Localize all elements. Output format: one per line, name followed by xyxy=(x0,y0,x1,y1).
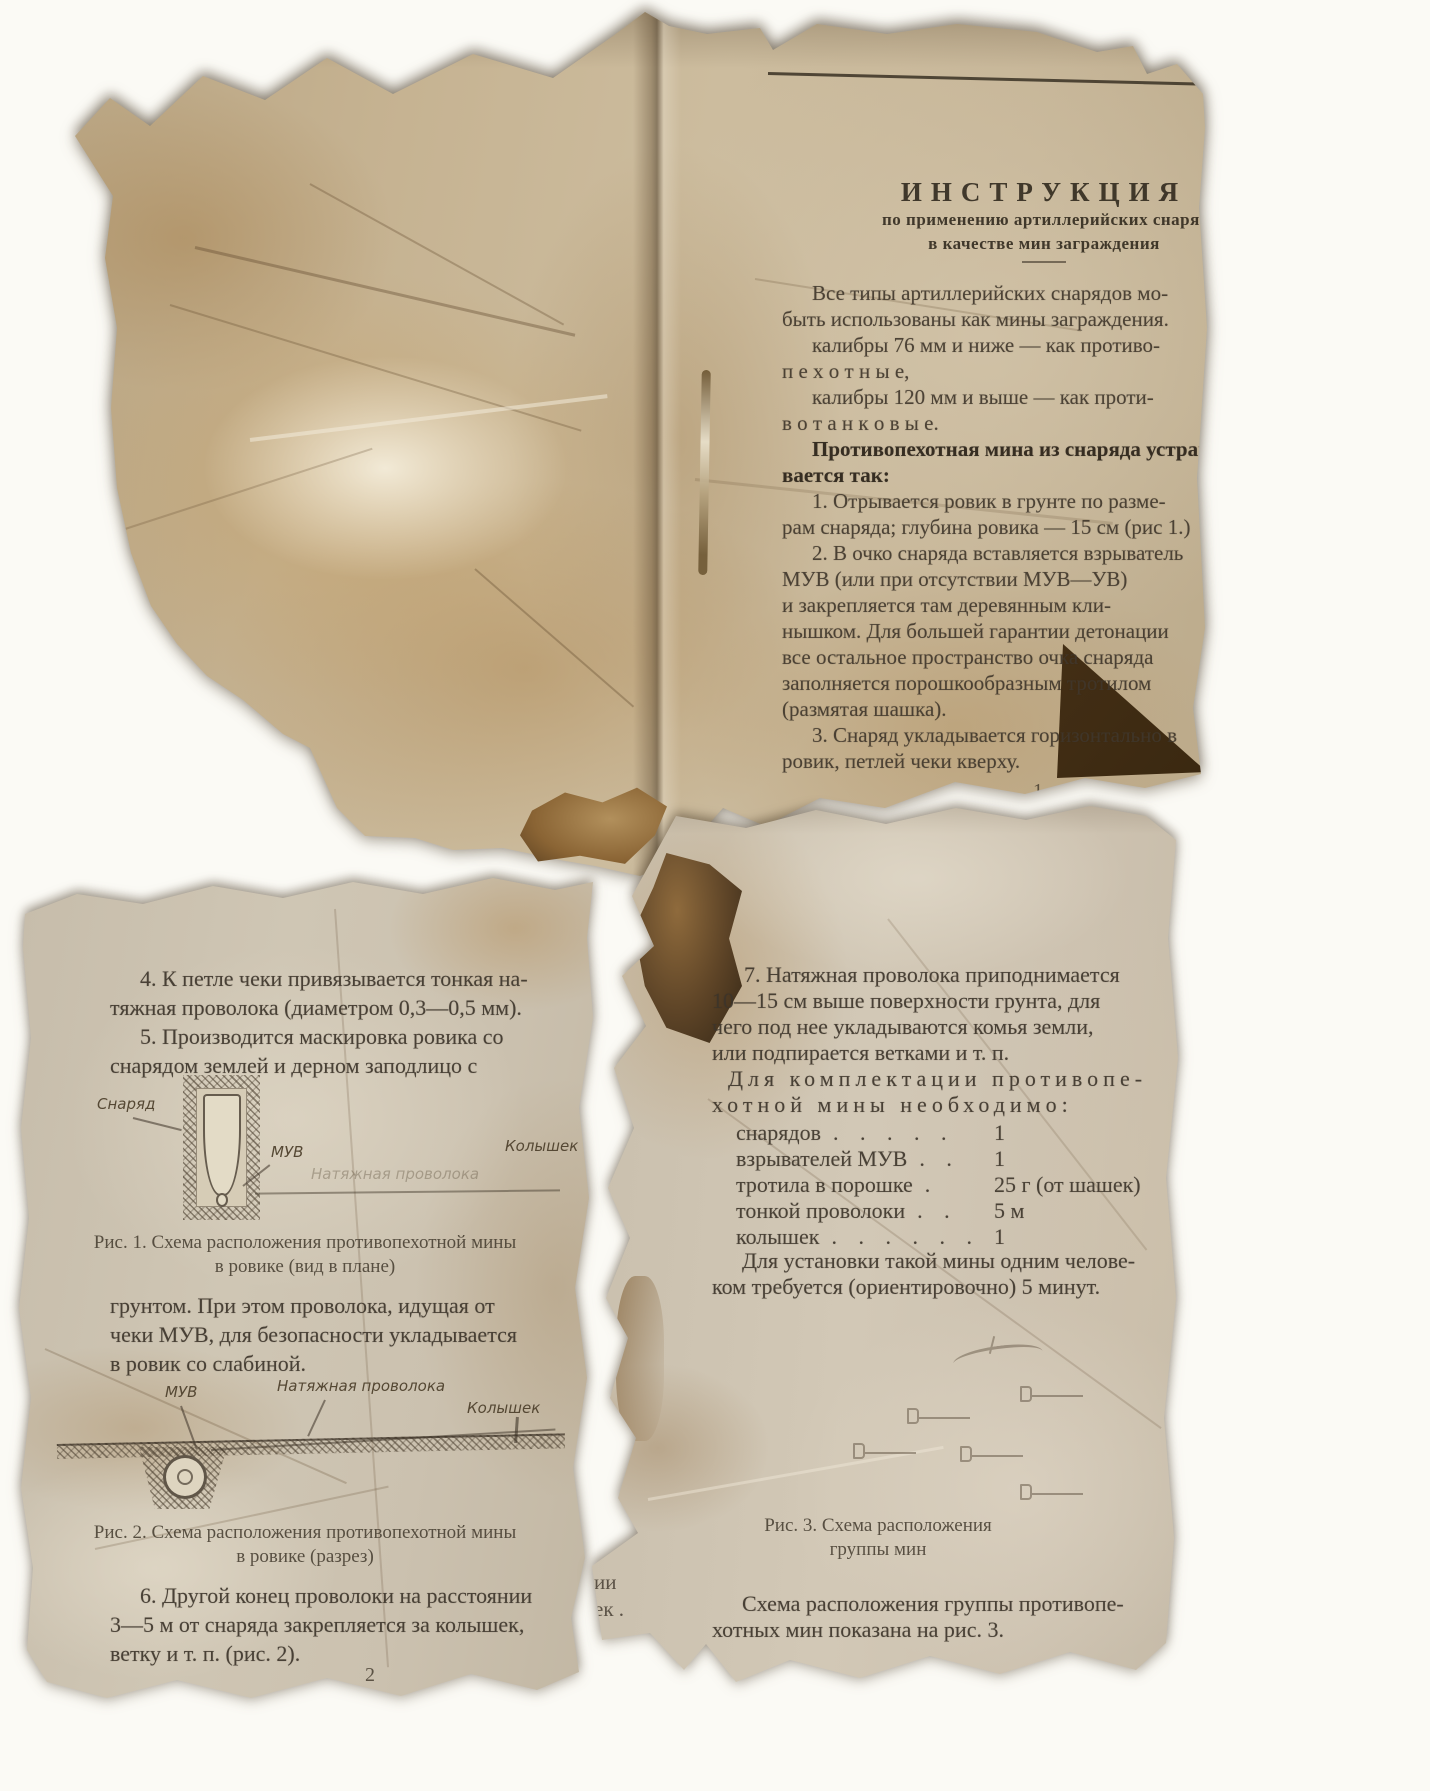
page3-paragraphs-bottom: Схема расположения группы противопе-хотн… xyxy=(712,1591,1188,1643)
page2-paragraphs-top: 4. К петле чеки привязывается тонкая на-… xyxy=(110,964,595,1080)
shell-end-view xyxy=(163,1455,207,1499)
page1-header: ИНСТРУКЦИЯ по применению артиллерийских … xyxy=(813,176,1215,263)
text-line: МУВ (или при отсутствии МУВ—УВ) xyxy=(782,566,1215,592)
text-line: рам снаряда; глубина ровика — 15 см (рис… xyxy=(782,514,1215,540)
text-line: быть использованы как мины заграждения. xyxy=(782,306,1215,332)
mine-wire-line xyxy=(918,1417,970,1419)
trench-inner xyxy=(196,1088,247,1207)
text-line: ровик, петлей чеки кверху. xyxy=(782,748,1215,774)
crease xyxy=(195,246,576,337)
supply-row: тротила в порошке.25 г (от шашек) xyxy=(736,1172,1176,1198)
centre-fold xyxy=(633,8,681,880)
wire-label: Натяжная проволока xyxy=(311,1165,479,1183)
mine-flag-icon xyxy=(853,1443,865,1459)
text-line: хотных мин показана на рис. 3. xyxy=(712,1617,1188,1643)
page3-number: 3 xyxy=(1043,1656,1053,1679)
text-line: Противопехотная мина из снаряда устраи- xyxy=(782,436,1215,462)
text-line: п е х о т н ы е, xyxy=(782,358,1215,384)
leader-line xyxy=(307,1400,326,1437)
figure-3 xyxy=(588,1308,1188,1508)
text-line: 7. Натяжная проволока приподнимается xyxy=(712,962,1188,988)
crease xyxy=(250,394,608,442)
mine-wire-line xyxy=(1031,1493,1083,1495)
top-spread-paper: ИНСТРУКЦИЯ по применению артиллерийских … xyxy=(55,8,1215,880)
figure2-caption: Рис. 2. Схема расположения противопехотн… xyxy=(45,1521,565,1569)
supply-row: снарядов. . . . .1 xyxy=(736,1120,1176,1146)
mine-wire-line xyxy=(1031,1395,1083,1397)
text-line: 1. Отрывается ровик в грунте по разме- xyxy=(782,488,1215,514)
fuze-label: МУВ xyxy=(165,1383,197,1401)
text-line: 2. В очко снаряда вставляется взрыватель xyxy=(782,540,1215,566)
text-line: Для установки такой мины одним челове- xyxy=(712,1248,1188,1274)
supply-row: взрывателей МУВ. .1 xyxy=(736,1146,1176,1172)
trench-drawing xyxy=(183,1075,260,1220)
supply-row: тонкой проволоки. .5 м xyxy=(736,1198,1176,1224)
page2-paragraphs-mid: грунтом. При этом проволока, идущая отче… xyxy=(110,1291,595,1378)
text-line: заполняется порошкообразным тротилом xyxy=(782,670,1215,696)
text-line: 5. Производится маскировка ровика со xyxy=(110,1022,595,1051)
page2-paragraphs-bottom: 6. Другой конец проволоки на расстоянии3… xyxy=(110,1581,595,1668)
leader-line xyxy=(133,1117,182,1131)
faded-sketch xyxy=(953,1336,1048,1370)
text-line: Рис. 3. Схема расположения xyxy=(678,1514,1078,1538)
torn-edge-text: ек . xyxy=(594,1597,624,1622)
text-line: в о т а н к о в ы е. xyxy=(782,410,1215,436)
text-line: чего под нее укладываются комья земли, xyxy=(712,1014,1188,1040)
text-line: 3—5 м от снаряда закрепляется за колышек… xyxy=(110,1610,595,1639)
supply-row: колышек. . . . . .1 xyxy=(736,1224,1176,1250)
figure1-caption: Рис. 1. Схема расположения противопехотн… xyxy=(45,1231,565,1279)
page3-paragraphs-top: 7. Натяжная проволока приподнимается10—1… xyxy=(712,962,1188,1118)
page1-title: ИНСТРУКЦИЯ xyxy=(813,176,1215,208)
text-line: Рис. 2. Схема расположения противопехотн… xyxy=(45,1521,565,1545)
text-line: тяжная проволока (диаметром 0,3—0,5 мм). xyxy=(110,993,595,1022)
mine-wire-line xyxy=(971,1455,1023,1457)
text-line: 4. К петле чеки привязывается тонкая на- xyxy=(110,964,595,993)
crease xyxy=(474,568,634,707)
text-line: Все типы артиллерийских снарядов мо- xyxy=(782,280,1215,306)
figure3-caption: Рис. 3. Схема расположениягруппы мин xyxy=(678,1514,1078,1562)
text-line: или подпирается ветками и т. п. xyxy=(712,1040,1188,1066)
wire-line xyxy=(255,1189,560,1194)
mine-flag-icon xyxy=(907,1408,919,1424)
shell-shape xyxy=(203,1094,241,1196)
text-line: в качестве мин заграждения xyxy=(813,232,1215,256)
text-line: калибры 76 мм и ниже — как противо- xyxy=(782,332,1215,358)
text-line: группы мин xyxy=(678,1538,1078,1562)
figure-1: Снаряд МУВ Натяжная проволока Колышек xyxy=(15,1073,600,1223)
text-line: 6. Другой конец проволоки на расстоянии xyxy=(110,1581,595,1610)
header-rule xyxy=(768,72,1202,86)
page2-scan: 4. К петле чеки привязывается тонкая на-… xyxy=(15,788,600,1706)
text-line: чеки МУВ, для безопасности укладывается xyxy=(110,1320,595,1349)
wire-label: Натяжная проволока xyxy=(277,1377,445,1395)
text-line: по применению артиллерийских снаря- xyxy=(813,208,1215,232)
subtitle-rule xyxy=(1022,261,1066,263)
fuze-label: МУВ xyxy=(271,1143,303,1161)
page3-scan: 7. Натяжная проволока приподнимается10—1… xyxy=(588,798,1188,1698)
mine-flag-icon xyxy=(1020,1484,1032,1500)
page3-paper: 7. Натяжная проволока приподнимается10—1… xyxy=(588,798,1188,1698)
figure-2: МУВ Натяжная проволока Колышек xyxy=(15,1373,600,1523)
text-line: (размятая шашка). xyxy=(782,696,1215,722)
sketch-arc xyxy=(952,1340,1044,1375)
text-line: хотной мины необходимо: xyxy=(712,1092,1188,1118)
mine-flag-icon xyxy=(960,1446,972,1462)
mine-flag-icon xyxy=(1020,1386,1032,1402)
text-line: Схема расположения группы противопе- xyxy=(712,1591,1188,1617)
text-line: Рис. 1. Схема расположения противопехотн… xyxy=(45,1231,565,1255)
text-line: 10—15 см выше поверхности грунта, для xyxy=(712,988,1188,1014)
page1-body: Все типы артиллерийских снарядов мо-быть… xyxy=(782,280,1215,774)
text-line: все остальное пространство очка снаряда xyxy=(782,644,1215,670)
text-line: калибры 120 мм и выше — как проти- xyxy=(782,384,1215,410)
text-line: Для комплектации противопе- xyxy=(712,1066,1188,1092)
torn-edge-text: ии xyxy=(594,1570,616,1595)
text-line: ветку и т. п. (рис. 2). xyxy=(110,1639,595,1668)
stake-label: Колышек xyxy=(505,1137,578,1155)
page2-number: 2 xyxy=(365,1664,375,1687)
text-line: ком требуется (ориентировочно) 5 минут. xyxy=(712,1274,1188,1300)
scanned-document: ИНСТРУКЦИЯ по применению артиллерийских … xyxy=(0,0,1430,1791)
text-line: и закрепляется там деревянным кли- xyxy=(782,592,1215,618)
torn-slit xyxy=(698,370,711,575)
page2-paper: 4. К петле чеки привязывается тонкая на-… xyxy=(15,788,600,1706)
page3-paragraphs-mid: Для установки такой мины одним челове-ко… xyxy=(712,1248,1188,1300)
text-line: в ровике (разрез) xyxy=(45,1545,565,1569)
text-line: в ровике (вид в плане) xyxy=(45,1255,565,1279)
text-line: грунтом. При этом проволока, идущая от xyxy=(110,1291,595,1320)
text-line: нышком. Для большей гарантии детонации xyxy=(782,618,1215,644)
top-spread-scan: ИНСТРУКЦИЯ по применению артиллерийских … xyxy=(55,8,1215,880)
text-line: 3. Снаряд укладывается горизонтально в xyxy=(782,722,1215,748)
supplies-list: снарядов. . . . .1взрывателей МУВ. .1тро… xyxy=(736,1120,1176,1250)
stake-label: Колышек xyxy=(467,1399,540,1417)
shell-label: Снаряд xyxy=(97,1095,155,1113)
page1-subtitle: по применению артиллерийских снаря-в кач… xyxy=(813,208,1215,256)
crease xyxy=(125,448,373,530)
mine-wire-line xyxy=(864,1452,916,1454)
ground-line xyxy=(57,1433,565,1459)
text-line: вается так: xyxy=(782,462,1215,488)
